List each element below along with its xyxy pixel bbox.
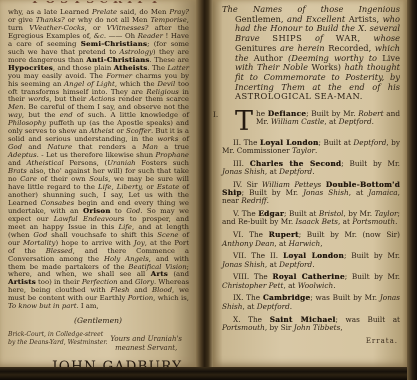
right-page: The Names of those Ingenious Gentlemen, … xyxy=(213,0,408,367)
text-segment: Actions xyxy=(89,95,115,103)
postscript-body-text: why, as a late Learned Prelate said, do … xyxy=(8,9,189,311)
text-segment: Anti-Christians xyxy=(86,56,149,64)
text-segment: . These are xyxy=(150,56,189,64)
text-segment: ; Built by Mr. xyxy=(341,159,400,168)
errata-catchword: Errata. xyxy=(222,337,400,345)
text-segment: VVitnesses? xyxy=(107,24,149,32)
text-segment: Author xyxy=(254,53,283,63)
text-segment: . xyxy=(290,302,292,311)
text-segment: —— Oh xyxy=(106,32,138,40)
valediction: Yours and Uraniah's meanest Servant, xyxy=(110,335,188,352)
text-segment: way xyxy=(8,111,22,119)
text-segment: and xyxy=(8,159,27,167)
text-segment: WAR, xyxy=(336,33,361,43)
text-segment: . xyxy=(315,146,317,155)
text-segment: Arts xyxy=(151,270,168,278)
text-segment: , at xyxy=(265,260,279,269)
text-segment: &c. xyxy=(94,32,106,40)
ship-entry: IV. Sir William Petteys Double-Bottom'd … xyxy=(222,181,400,206)
text-segment: Scene xyxy=(157,231,178,239)
text-segment: or give xyxy=(8,16,36,24)
author-address: Brick-Court, in Colledge-street by the D… xyxy=(8,331,108,352)
left-page: POSTSCRIPT why, as a late Learned Prelat… xyxy=(0,0,196,368)
text-segment: , xyxy=(320,239,322,248)
text-segment: Uraniah xyxy=(107,159,135,167)
entry-numeral: I. xyxy=(213,111,218,119)
text-segment: Fosters such xyxy=(136,159,189,167)
text-segment: Prelate xyxy=(92,8,117,16)
text-segment: Isaack Bets xyxy=(296,217,339,226)
text-segment: Harwich xyxy=(289,239,321,248)
text-segment: Deptford xyxy=(339,117,372,126)
text-segment: or xyxy=(143,183,157,191)
text-segment: , by Sir xyxy=(265,323,294,332)
text-segment: Mortality xyxy=(23,239,55,247)
text-segment: said, do Men xyxy=(117,8,169,16)
book-gutter-shadow xyxy=(196,0,213,368)
text-segment: Religious xyxy=(146,88,178,96)
text-segment: ; was Built at xyxy=(335,315,400,324)
running-header-cropped: POSTSCRIPT xyxy=(0,1,196,6)
text-segment: Atheistical xyxy=(27,159,64,167)
text-segment: Beatifical Vision xyxy=(128,263,186,271)
text-segment: Prophane xyxy=(155,151,189,159)
text-segment: Temporise xyxy=(150,16,186,24)
text-segment: a true xyxy=(158,143,189,151)
running-header-text: POSTSCRIPT xyxy=(0,1,196,6)
text-segment: , at xyxy=(283,281,297,290)
text-segment: Astrology xyxy=(120,48,153,56)
text-segment: Woolwich xyxy=(298,281,334,290)
text-segment: Live xyxy=(382,53,400,63)
text-segment: , which the xyxy=(115,80,157,88)
text-segment: Consabes xyxy=(41,199,75,207)
text-segment: Lawful Endeavours xyxy=(54,215,125,223)
text-segment: shall vouchsafe to shift this xyxy=(47,231,157,239)
text-segment: Artists xyxy=(8,278,36,286)
text-segment: too) in their xyxy=(36,278,82,286)
text-segment: to xyxy=(111,207,127,215)
text-segment: God xyxy=(126,207,140,215)
text-segment: ; Built at xyxy=(319,138,354,147)
drop-cap: T xyxy=(233,110,256,132)
ship-entries-list: I.The Defiance; Built by Mr. Robert and … xyxy=(222,110,400,332)
text-segment: whose xyxy=(361,33,400,43)
text-segment: Christopher Pett xyxy=(222,281,283,290)
text-segment: Portsmouth xyxy=(222,323,265,332)
text-segment: of such. A little knowledge of xyxy=(73,111,189,119)
text-segment: Jonas Shish xyxy=(303,188,349,197)
ships-list-heading: The Names of those Ingenious Gentlemen, … xyxy=(222,5,400,102)
ship-entry: VI. The Rupert; Built by Mr. (now Sir) A… xyxy=(222,231,400,248)
text-segment: Flesh xyxy=(110,286,129,294)
address-line-2: by the Deans-Yard, Westminster. xyxy=(8,339,108,346)
text-segment: Deptford xyxy=(257,302,290,311)
text-segment: Jamaica xyxy=(368,188,397,197)
text-segment: or why do not all Men xyxy=(65,16,151,24)
text-segment: Recorded, xyxy=(328,43,371,53)
text-segment: words xyxy=(28,95,49,103)
text-segment: To know but in part. xyxy=(8,302,79,310)
text-segment: . xyxy=(267,196,269,205)
text-segment: Holy Angels xyxy=(104,255,149,263)
text-segment: . xyxy=(372,117,374,126)
text-segment: , and those plain xyxy=(53,64,114,72)
text-segment: Anthony Dean xyxy=(222,239,274,248)
text-segment: The Names of those Ingenious xyxy=(222,4,400,14)
text-segment: Portsmouth xyxy=(352,217,395,226)
text-segment: , at xyxy=(349,188,369,197)
text-segment: I am, xyxy=(79,302,99,310)
text-segment: you may easily avoid. The xyxy=(8,72,106,80)
text-segment: Hypocrites xyxy=(8,64,53,72)
text-segment: of their own xyxy=(37,175,89,183)
text-segment: why, as a late Learned xyxy=(8,8,92,16)
text-segment: with Their Noble xyxy=(235,62,312,72)
text-segment: Atheists xyxy=(114,64,148,72)
text-segment: Joy xyxy=(134,239,145,247)
text-segment: Deptford xyxy=(279,260,312,269)
text-segment: Thanks? xyxy=(36,16,65,24)
text-segment: Jonas Shish xyxy=(222,167,265,176)
text-segment: Life, Liberty, xyxy=(98,183,143,191)
text-segment: Care xyxy=(20,175,37,183)
text-segment: William Castle xyxy=(271,117,325,126)
text-segment: Brats xyxy=(8,167,27,175)
ship-entry: V. The Edgar; Built at Bristol, by Mr. T… xyxy=(222,210,400,227)
text-segment: SHIPS xyxy=(272,33,302,43)
ship-entry: II. The Loyal London; Built at Deptford,… xyxy=(222,139,400,156)
book-right-edge xyxy=(407,0,417,380)
text-segment: Angel of Light xyxy=(64,80,115,88)
gentlemen-salutation: (Gentlemen) xyxy=(0,316,196,325)
text-segment: Souls xyxy=(89,175,108,183)
text-segment: render them scarce xyxy=(115,95,189,103)
text-segment: Genitures xyxy=(235,43,276,53)
text-segment: . Be careful of them I say, and observe … xyxy=(24,103,189,111)
valediction-line-1: Yours and Uraniah's xyxy=(110,335,182,344)
book-bottom-edge xyxy=(0,367,417,380)
text-segment: Gentlemen, xyxy=(235,14,284,24)
ship-entry: VII. The II. Loyal London; Built by Mr. … xyxy=(222,252,400,269)
valediction-line-2: meanest Servant, xyxy=(110,344,182,353)
text-segment: and xyxy=(130,286,153,294)
text-segment: Nature xyxy=(47,143,72,151)
text-segment: , but the xyxy=(22,111,60,119)
text-segment: Blood xyxy=(152,286,172,294)
text-segment: God xyxy=(33,231,47,239)
text-segment: Former xyxy=(106,72,132,80)
text-segment: , which is, xyxy=(153,294,189,302)
text-segment: . xyxy=(333,281,335,290)
text-segment: Adeptus xyxy=(8,151,37,159)
text-segment: . xyxy=(312,260,314,269)
text-segment: Men xyxy=(8,103,24,111)
text-segment: Glory xyxy=(135,278,154,286)
text-segment: are herein xyxy=(276,43,328,53)
text-segment: , at xyxy=(274,239,288,248)
text-segment: Estate xyxy=(157,183,179,191)
text-segment: (Deeming worthy to xyxy=(283,53,382,63)
text-segment: Latter xyxy=(167,64,189,72)
text-segment: (and xyxy=(168,270,189,278)
text-segment: Devil xyxy=(157,80,175,88)
text-segment: , xyxy=(340,323,342,332)
text-segment: end xyxy=(60,111,73,119)
text-segment: Reader xyxy=(138,32,163,40)
text-segment: Atheist xyxy=(89,127,114,135)
ship-entry: III. Charles the Second; Built by Mr. Jo… xyxy=(222,160,400,177)
text-segment: Semi-Christians xyxy=(81,40,147,48)
text-segment: , but their xyxy=(49,95,89,103)
text-segment: , or xyxy=(85,24,107,32)
text-segment: of xyxy=(302,33,335,43)
text-segment: Works) xyxy=(312,62,341,72)
text-segment: Man xyxy=(142,143,158,151)
text-segment: Deptford xyxy=(353,138,386,147)
text-segment: and xyxy=(118,278,135,286)
text-segment: and Excellent xyxy=(284,14,349,24)
text-segment: and xyxy=(22,143,47,151)
text-segment: Portion xyxy=(128,294,153,302)
text-segment: . xyxy=(395,217,397,226)
open-book-photo: POSTSCRIPT why, as a late Learned Prelat… xyxy=(0,0,417,380)
text-segment: Taylor xyxy=(292,146,315,155)
ship-entry: IX. The Cambridge; was Built by Mr. Jona… xyxy=(222,294,400,311)
ship-entry: X. The Saint Michael; was Built at Ports… xyxy=(222,316,400,333)
text-segment: John Tibbets xyxy=(294,323,341,332)
text-segment: ; Built by Mr. xyxy=(344,251,400,260)
text-segment: Deptford xyxy=(279,167,312,176)
text-segment: Life xyxy=(119,223,132,231)
text-segment: or xyxy=(114,127,126,135)
text-segment: Orison xyxy=(83,207,111,215)
text-segment: ) hope to arrive with xyxy=(55,239,133,247)
text-segment: Philosophy xyxy=(8,119,46,127)
text-segment: that renders a xyxy=(72,143,142,151)
right-page-content: The Names of those Ingenious Gentlemen, … xyxy=(213,0,408,345)
text-segment: Scoffer xyxy=(126,127,151,135)
text-segment: God xyxy=(8,143,22,151)
text-segment: of xyxy=(178,135,189,143)
text-segment: ASTROLOGICAL SEA-MAN. xyxy=(235,91,363,101)
text-segment: Redriff xyxy=(241,196,266,205)
address-line-1: Brick-Court, in Colledge-street xyxy=(8,331,108,338)
text-segment: , at xyxy=(324,117,338,126)
text-segment: Persons, ( xyxy=(64,159,108,167)
text-segment: Blessed xyxy=(46,247,73,255)
text-segment: . - Let us therefore likewise shun xyxy=(37,151,156,159)
text-segment: Artists, xyxy=(349,14,379,24)
text-segment: . The xyxy=(147,64,167,72)
text-segment: VVeather-Cocks xyxy=(29,24,84,32)
text-segment: works xyxy=(157,135,178,143)
closing-row: Brick-Court, in Colledge-street by the D… xyxy=(8,331,188,352)
text-segment: , at xyxy=(338,217,352,226)
text-segment: . xyxy=(312,167,314,176)
text-segment: Perfection xyxy=(82,278,118,286)
text-segment: Jonas Shish xyxy=(222,260,265,269)
text-segment: Pray? xyxy=(169,8,189,16)
ship-entry: I.The Defiance; Built by Mr. Robert and … xyxy=(222,110,400,134)
text-segment: , at xyxy=(242,302,256,311)
text-segment: ; Built by Mr. xyxy=(345,272,400,281)
text-segment: ; was Built by Mr. xyxy=(310,293,380,302)
text-segment: , at xyxy=(265,167,279,176)
ship-entry: VIII. The Royal Catherine; Built by Mr. … xyxy=(222,273,400,290)
